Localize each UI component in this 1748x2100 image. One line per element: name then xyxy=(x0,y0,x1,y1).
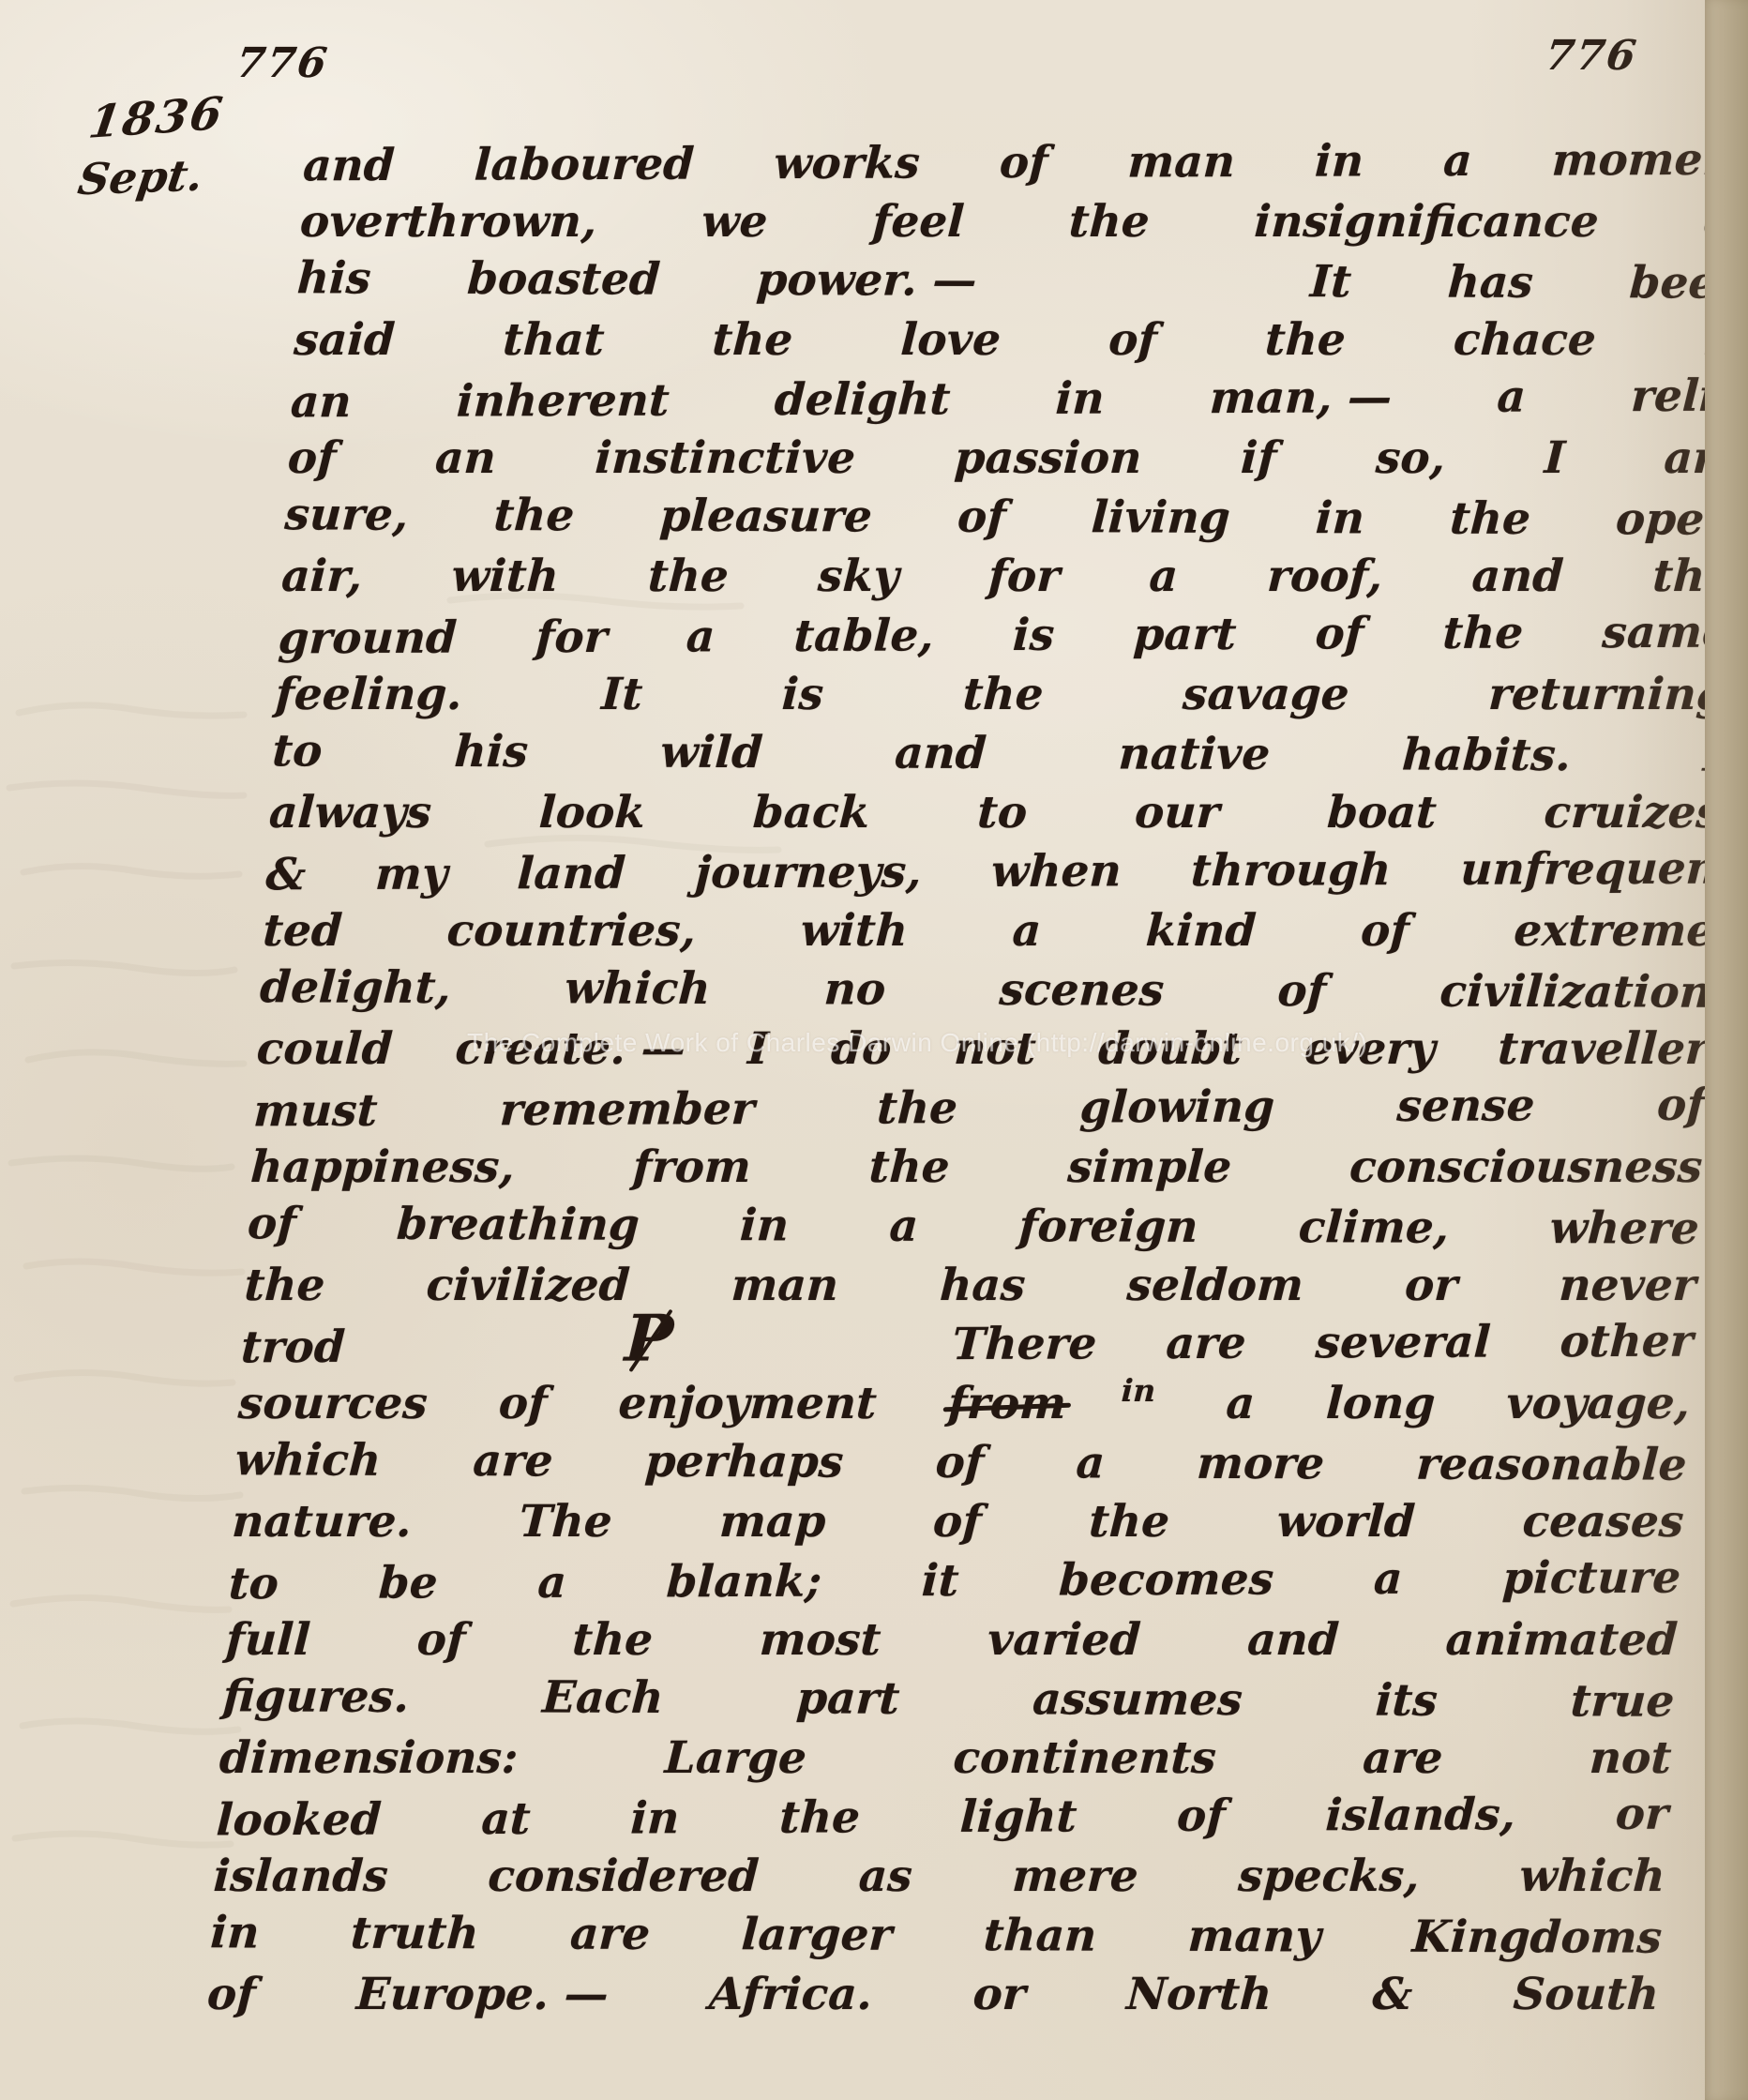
word: a xyxy=(686,611,716,662)
word: and xyxy=(1246,1614,1340,1666)
word: inherent xyxy=(456,375,671,428)
word: must xyxy=(252,1085,379,1138)
word: kind xyxy=(1144,905,1257,957)
word: where xyxy=(1548,1202,1700,1255)
word: of xyxy=(934,1437,986,1488)
word: the xyxy=(571,1614,655,1666)
word: ceases xyxy=(1521,1496,1685,1548)
word: voyage, xyxy=(1505,1378,1691,1429)
word: said xyxy=(293,314,397,366)
word: feel xyxy=(871,196,966,248)
word: part xyxy=(1132,609,1237,660)
word: traveller xyxy=(1497,1023,1710,1075)
word: of xyxy=(286,432,337,484)
word: overthrown, xyxy=(299,196,598,248)
word: part xyxy=(795,1672,901,1724)
word: has xyxy=(939,1260,1027,1311)
word: the xyxy=(1449,493,1532,545)
manuscript-line: groundforatable,ispartofthesame xyxy=(277,607,1731,672)
word: has xyxy=(1446,257,1534,309)
word: from xyxy=(946,1378,1067,1429)
word: picture xyxy=(1501,1552,1682,1605)
manuscript-line: islandsconsideredasmerespecks,which xyxy=(212,1851,1666,1910)
manuscript-page: 776 776 1836 Sept. andlabouredworksofman… xyxy=(0,0,1748,2100)
manuscript-line: hisboastedpower. —Ithasbeen xyxy=(295,252,1748,316)
manuscript-line: sourcesofenjoymentfrominalongvoyage, xyxy=(236,1378,1691,1437)
manuscript-line: feeling.Itisthesavagereturning xyxy=(274,669,1728,728)
word: dimensions: xyxy=(218,1732,520,1784)
word: our xyxy=(1134,787,1221,838)
word: at xyxy=(480,1793,532,1845)
word: an xyxy=(434,432,498,484)
word: Each xyxy=(541,1671,665,1723)
word: love xyxy=(899,314,1002,366)
word: that xyxy=(502,314,606,366)
word: unfrequen xyxy=(1459,843,1719,896)
word: breathing xyxy=(396,1199,641,1251)
word: a xyxy=(1075,1437,1107,1488)
word: larger xyxy=(740,1909,894,1961)
word: from xyxy=(631,1141,752,1193)
manuscript-line: sure,thepleasureoflivingintheopen xyxy=(283,489,1738,552)
word: sense xyxy=(1395,1080,1536,1132)
word: true xyxy=(1569,1675,1676,1727)
word: never xyxy=(1558,1260,1697,1311)
word: or xyxy=(1404,1260,1459,1311)
word: his xyxy=(453,726,530,778)
word: to xyxy=(271,725,324,777)
manuscript-line: saidthattheloveofthechaceis xyxy=(293,314,1747,373)
word: savage xyxy=(1182,669,1350,720)
manuscript-line: alwayslookbacktoourboatcruizes xyxy=(267,787,1722,846)
word: a xyxy=(1148,551,1179,602)
word: The xyxy=(518,1496,613,1548)
manuscript-line: air,withtheskyforaroof,andthe xyxy=(279,551,1734,610)
word: the xyxy=(1264,314,1348,366)
word: of xyxy=(1176,1790,1227,1842)
word: look xyxy=(537,787,646,838)
word: happiness, xyxy=(249,1141,516,1193)
word: back xyxy=(751,787,870,838)
manuscript-line: trodPThereareseveralother xyxy=(239,1316,1694,1382)
manuscript-line: dimensions:Largecontinentsarenot xyxy=(218,1732,1672,1791)
word: nature. xyxy=(231,1496,413,1548)
word: of xyxy=(999,137,1049,189)
word: Africa. xyxy=(708,1969,874,2020)
word: of xyxy=(1108,314,1158,366)
word: an xyxy=(290,376,353,428)
word: are xyxy=(1165,1318,1247,1369)
word: most xyxy=(759,1614,882,1666)
word: the xyxy=(1441,608,1524,659)
word: of xyxy=(206,1969,257,2020)
word: ted xyxy=(262,905,343,957)
word: feeling. xyxy=(274,669,463,720)
word: wild xyxy=(659,727,764,778)
word: the xyxy=(711,314,794,366)
word: or xyxy=(972,1969,1027,2020)
word: and xyxy=(894,728,988,779)
word: reasonable xyxy=(1415,1439,1688,1491)
word: a xyxy=(1496,371,1527,423)
word: with xyxy=(450,551,560,602)
word: instinctive xyxy=(594,432,857,484)
word: habits. xyxy=(1401,730,1573,782)
word: South xyxy=(1512,1969,1660,2020)
word: full xyxy=(224,1614,311,1666)
word: my xyxy=(374,849,449,900)
word: simple xyxy=(1066,1141,1233,1193)
word: in xyxy=(739,1200,791,1251)
word: foreign xyxy=(1017,1201,1199,1253)
word: varied xyxy=(987,1614,1142,1666)
line-gap xyxy=(414,1361,554,1362)
word: animated xyxy=(1444,1614,1679,1666)
manuscript-line: intrutharelargerthanmanyKingdoms xyxy=(209,1907,1664,1971)
word: countries, xyxy=(445,905,697,957)
word: is xyxy=(1012,610,1056,661)
word: laboured xyxy=(473,139,695,191)
manuscript-line: delight,whichnoscenesofcivilization xyxy=(258,961,1712,1025)
word: in xyxy=(1054,373,1106,425)
word: power. — xyxy=(755,254,978,307)
word: of xyxy=(1276,965,1328,1017)
word: the xyxy=(778,1791,861,1843)
word: a xyxy=(888,1201,920,1252)
word: the xyxy=(867,1141,951,1193)
word: we xyxy=(701,196,769,248)
word: sky xyxy=(817,551,900,602)
page-number-top-right: 776 xyxy=(1542,32,1640,80)
word: world xyxy=(1275,1496,1416,1548)
word: his xyxy=(295,252,372,304)
word: when xyxy=(990,845,1123,898)
word: in xyxy=(629,1792,681,1844)
manuscript-line: ofaninstinctivepassionifso,Iam xyxy=(286,432,1740,491)
word: the xyxy=(243,1260,326,1311)
word: more xyxy=(1196,1438,1326,1489)
word: scenes xyxy=(998,964,1166,1017)
word: boasted xyxy=(466,253,662,306)
word: of xyxy=(415,1614,466,1666)
word: passion xyxy=(953,432,1143,484)
manuscript-line: lookedatinthelightofislands,or xyxy=(215,1789,1669,1854)
word: of xyxy=(957,491,1008,543)
word: are xyxy=(472,1435,554,1487)
manuscript-line: ofbreathinginaforeignclime,where xyxy=(246,1198,1700,1262)
word: which xyxy=(564,962,712,1015)
book-page-edge xyxy=(1705,0,1748,2100)
word: than xyxy=(982,1910,1098,1961)
word: table, xyxy=(792,610,935,662)
manuscript-line: figures.Eachpartassumesitstrue xyxy=(221,1670,1676,1734)
manuscript-line: aninherentdelightinman, —arelic xyxy=(289,370,1743,436)
word: & xyxy=(264,849,307,900)
word: It xyxy=(1309,256,1353,308)
word: many xyxy=(1186,1911,1322,1962)
word: islands xyxy=(212,1851,389,1902)
word: Kingdoms xyxy=(1410,1911,1663,1964)
word: assumes xyxy=(1032,1673,1244,1726)
word: are xyxy=(569,1909,652,1960)
margin-date-year: 1836 xyxy=(85,87,227,149)
word: continents xyxy=(952,1732,1217,1784)
word: mere xyxy=(1011,1851,1139,1902)
word: map xyxy=(718,1496,827,1548)
word: the xyxy=(1088,1496,1171,1548)
word: sources xyxy=(237,1378,429,1429)
manuscript-line: mustremembertheglowingsenseof xyxy=(252,1080,1707,1145)
word: with xyxy=(799,905,909,957)
word: native xyxy=(1117,728,1271,780)
word: perhaps xyxy=(643,1436,845,1488)
word: civilization xyxy=(1439,966,1713,1019)
word: the xyxy=(492,490,576,541)
word: land xyxy=(516,848,626,900)
watermark: The Complete Work of Charles Darwin Onli… xyxy=(467,1028,1367,1058)
manuscript-line: nature.Themapoftheworldceases xyxy=(231,1496,1685,1555)
word: to xyxy=(976,787,1029,838)
word: remember xyxy=(499,1083,756,1136)
word: for xyxy=(535,612,609,663)
manuscript-line: fullofthemostvariedandanimated xyxy=(224,1614,1679,1673)
manuscript-line: andlabouredworksofmaninamoment xyxy=(301,134,1748,200)
word: and xyxy=(1470,551,1564,602)
manuscript-line: tobeablank;itbecomesapicture xyxy=(227,1552,1681,1618)
manuscript-line: tedcountries,withakindofextreme xyxy=(262,905,1716,964)
word: the xyxy=(961,669,1045,720)
word: through xyxy=(1190,844,1393,897)
word: chace xyxy=(1453,314,1598,366)
word: journeys, xyxy=(694,846,923,899)
word: a xyxy=(1225,1378,1256,1429)
manuscript-line: overthrown,wefeeltheinsignificanceof xyxy=(298,196,1748,255)
word: are xyxy=(1362,1732,1444,1784)
manuscript-line: tohiswildandnativehabits.I xyxy=(271,725,1725,789)
word: be xyxy=(378,1557,439,1609)
word: consciousness xyxy=(1349,1141,1704,1193)
word: a xyxy=(536,1557,567,1609)
word: of xyxy=(1360,905,1410,957)
word: man, — xyxy=(1209,371,1394,424)
word: I xyxy=(1543,432,1566,484)
word: insignificance xyxy=(1253,196,1600,248)
word: which xyxy=(234,1434,382,1487)
word: in xyxy=(1121,1372,1156,1409)
manuscript-line: &mylandjourneys,whenthroughunfrequen xyxy=(264,843,1719,909)
word: the xyxy=(876,1082,958,1134)
word: civilized xyxy=(425,1260,631,1311)
word: so, xyxy=(1375,432,1447,484)
word: in xyxy=(1314,135,1365,187)
word: sure, xyxy=(283,489,410,540)
line-gap xyxy=(1072,295,1213,296)
word: could xyxy=(255,1023,394,1075)
word: North xyxy=(1125,1969,1273,2020)
word: pleasure xyxy=(658,491,873,543)
word: if xyxy=(1240,432,1278,484)
word: or xyxy=(1615,1789,1670,1840)
manuscript-line: happiness,fromthesimpleconsciousness xyxy=(249,1141,1703,1201)
word: long xyxy=(1325,1378,1437,1429)
word: works xyxy=(773,138,921,190)
word: in xyxy=(1314,492,1365,544)
word: several xyxy=(1314,1317,1491,1369)
word: light xyxy=(959,1790,1078,1843)
word: of xyxy=(497,1378,548,1429)
word: in xyxy=(209,1907,261,1958)
word: its xyxy=(1374,1675,1439,1727)
word: specks, xyxy=(1237,1851,1421,1902)
word: Large xyxy=(664,1732,808,1784)
word: air, xyxy=(280,551,364,602)
word: the xyxy=(1068,196,1152,248)
word: boat xyxy=(1326,787,1438,838)
word: looked xyxy=(215,1794,383,1847)
manuscript-line: whichareperhapsofamorereasonable xyxy=(234,1434,1688,1498)
word: to xyxy=(228,1558,280,1609)
word: for xyxy=(987,551,1061,602)
manuscript-line: thecivilizedmanhasseldomornever xyxy=(243,1260,1697,1319)
word: ground xyxy=(277,612,458,665)
word: man xyxy=(730,1260,839,1311)
word: of xyxy=(932,1496,983,1548)
word: a xyxy=(1373,1553,1404,1605)
word: living xyxy=(1090,491,1231,544)
word: truth xyxy=(350,1908,481,1959)
word: man xyxy=(1126,136,1236,188)
word: There xyxy=(951,1318,1097,1370)
word: & xyxy=(1371,1969,1413,2020)
word: other xyxy=(1559,1316,1695,1368)
word: the xyxy=(647,551,731,602)
word: of xyxy=(1656,1080,1707,1131)
word: of xyxy=(1314,608,1364,659)
word: enjoyment xyxy=(617,1378,878,1429)
word: a xyxy=(1011,905,1042,957)
word: becomes xyxy=(1058,1554,1275,1607)
word: as xyxy=(857,1851,913,1902)
word: is xyxy=(780,669,824,720)
word: It xyxy=(600,669,644,720)
word: delight, xyxy=(259,961,453,1014)
manuscript-line: ofEurope. —Africa.orNorth&South xyxy=(205,1969,1660,2028)
word: trod xyxy=(240,1322,346,1373)
word: considered xyxy=(487,1851,761,1902)
word: returning xyxy=(1487,669,1728,720)
manuscript-text: andlabouredworksofmaninamomentoverthrown… xyxy=(205,137,1748,2028)
word: Europe. — xyxy=(355,1969,610,2020)
word: clime, xyxy=(1297,1201,1450,1254)
word: glowing xyxy=(1078,1081,1275,1134)
word: figures. xyxy=(221,1670,411,1723)
word: cruizes xyxy=(1543,787,1722,838)
word: extreme xyxy=(1513,905,1716,957)
word: roof, xyxy=(1266,551,1384,602)
word: delight xyxy=(774,373,952,426)
word: a xyxy=(1442,135,1473,187)
word: no xyxy=(822,963,887,1015)
word: it xyxy=(921,1555,960,1607)
page-number-top-left: 776 xyxy=(233,39,331,87)
line-gap xyxy=(742,1359,882,1360)
word: always xyxy=(268,787,433,838)
word: of xyxy=(247,1198,298,1249)
word: islands, xyxy=(1324,1789,1516,1841)
word: which xyxy=(1518,1851,1666,1902)
word: blank; xyxy=(665,1556,822,1609)
word: and xyxy=(302,140,396,191)
margin-date-month: Sept. xyxy=(75,150,206,205)
word: not xyxy=(1589,1732,1673,1784)
word: seldom xyxy=(1125,1260,1304,1311)
